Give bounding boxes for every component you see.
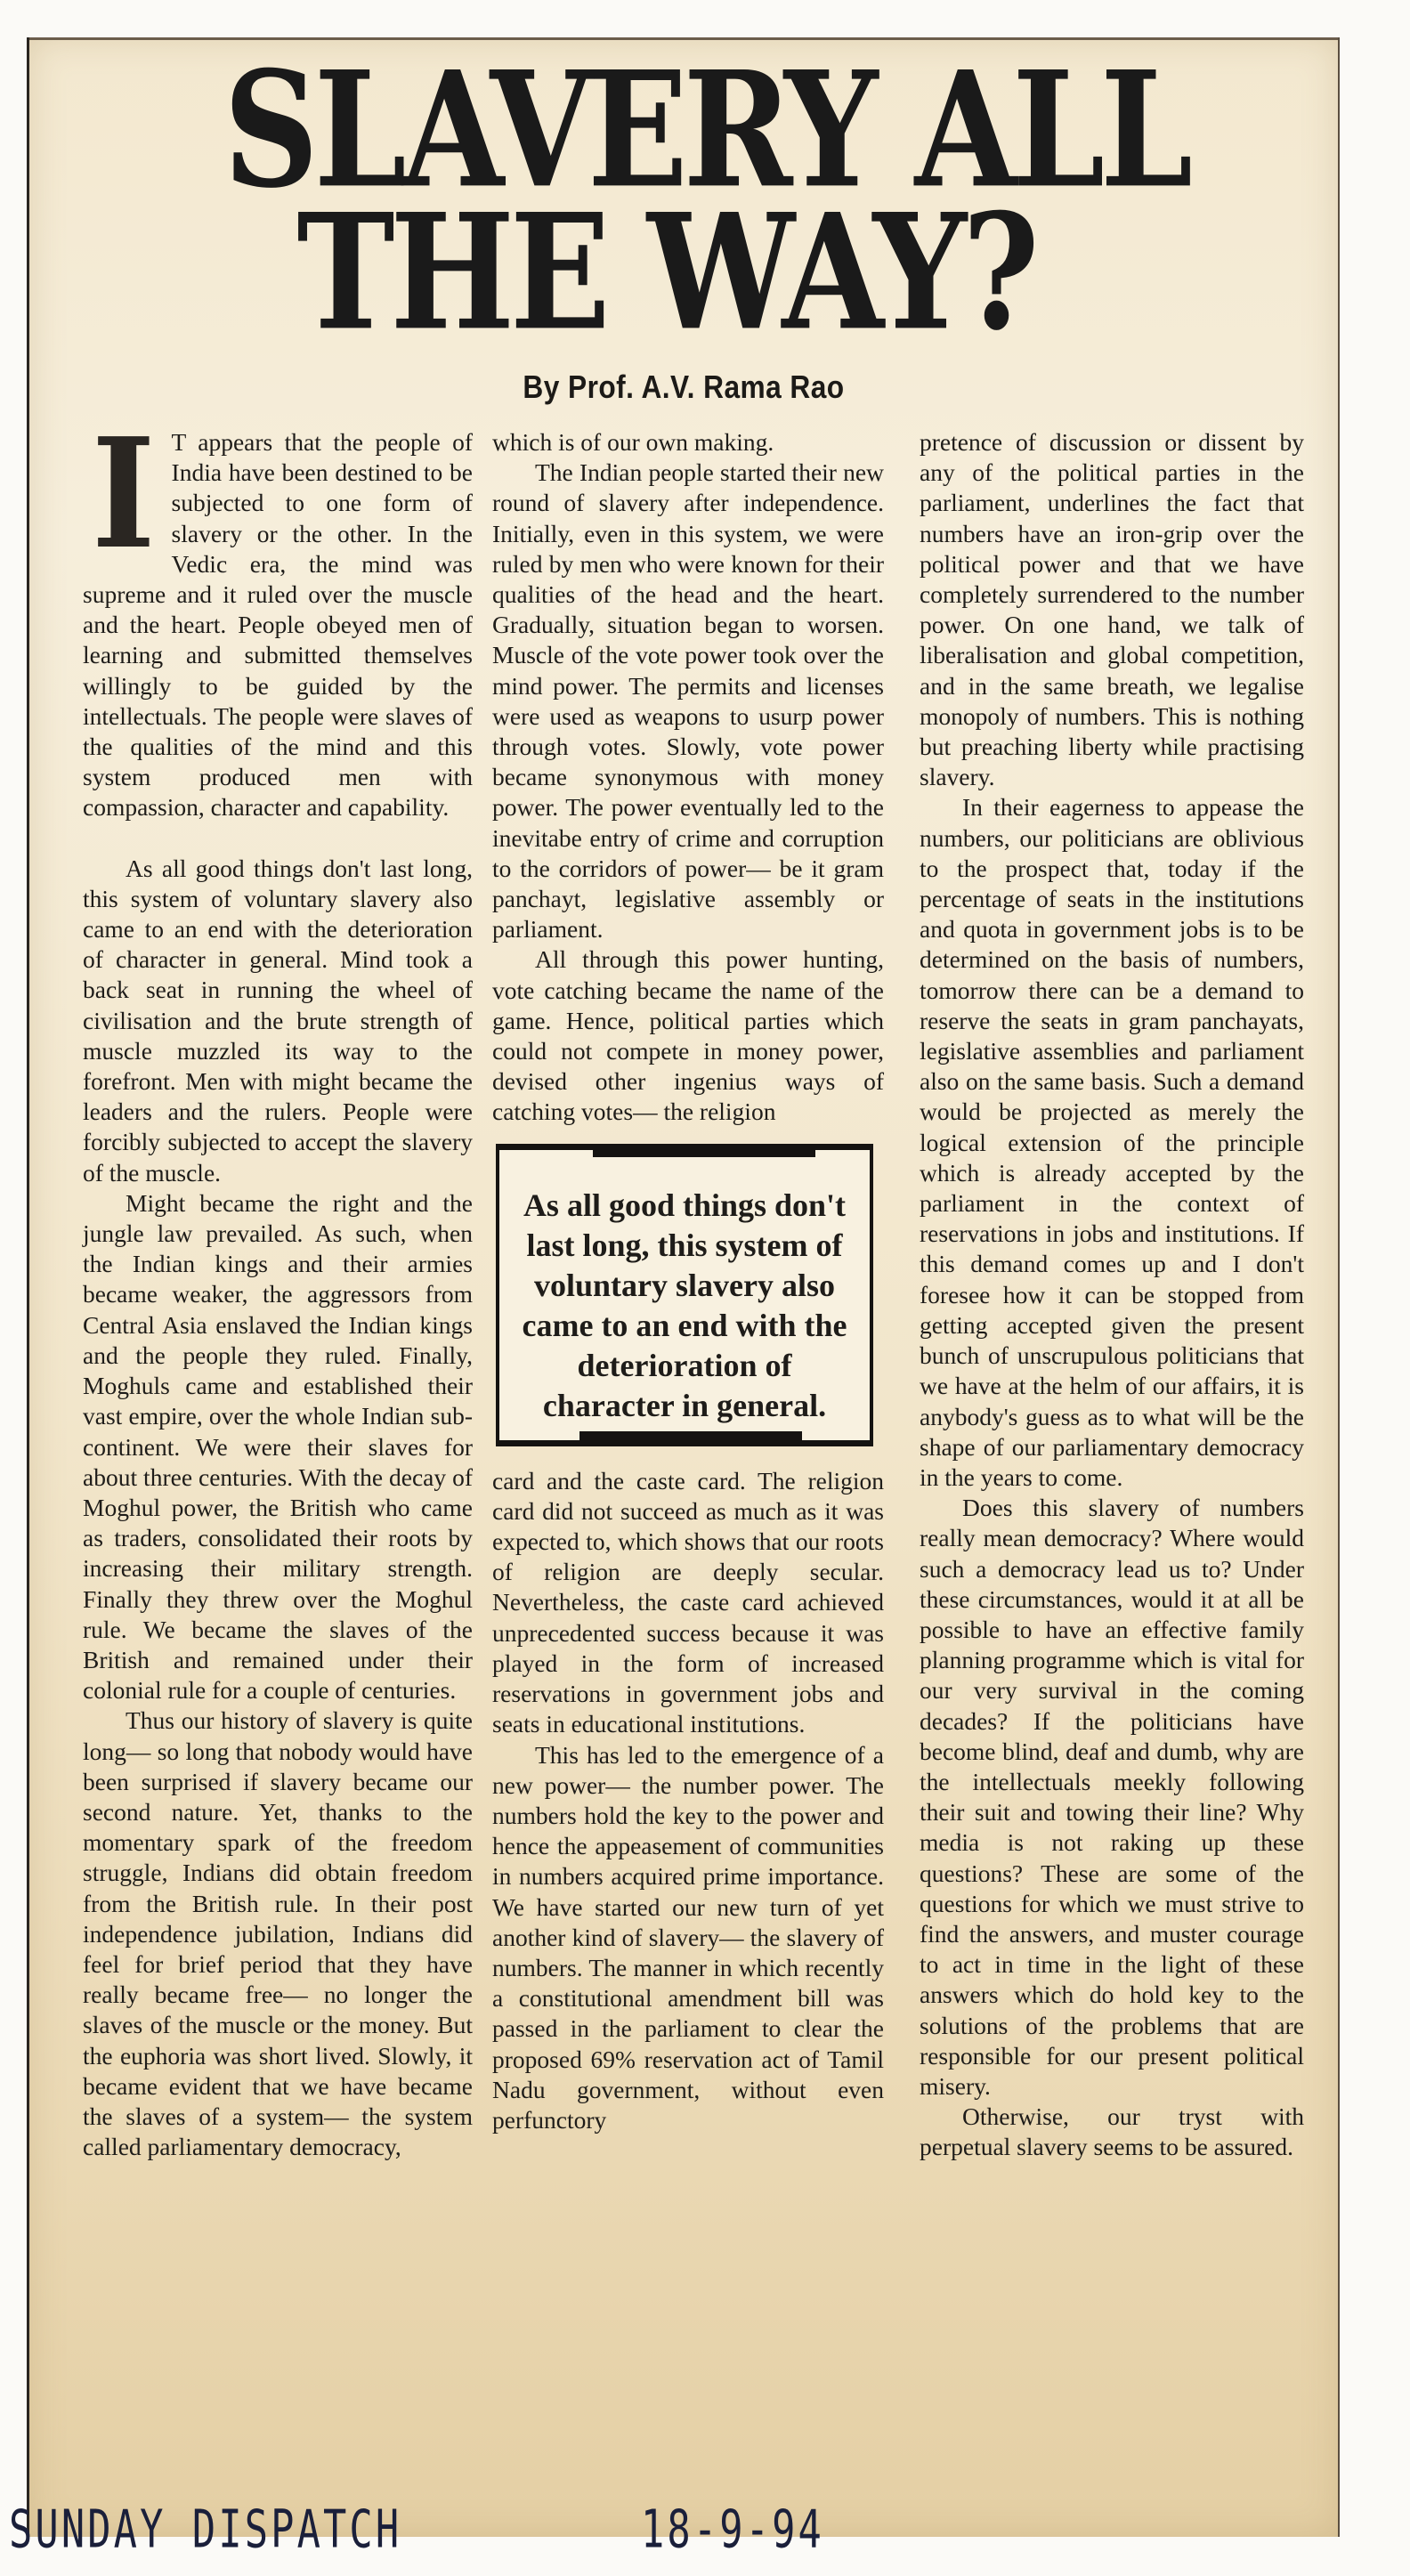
pull-quote-text: As all good things don't last long, this… (523, 1187, 847, 1423)
pull-quote-bottom-bar (579, 1431, 802, 1444)
paragraph: IT appears that the people of India have… (83, 427, 473, 823)
paragraph: Otherwise, our tryst with perpetual slav… (920, 2102, 1304, 2162)
column-3: pretence of discussion or dissent by any… (920, 427, 1304, 2163)
pull-quote: As all good things don't last long, this… (496, 1144, 873, 1446)
paragraph: As all good things don't last long, this… (83, 854, 473, 1188)
handwritten-source: SUNDAY DISPATCH (9, 2499, 401, 2560)
paragraph: The Indian people started their new roun… (492, 458, 884, 944)
pull-quote-top-bar (593, 1146, 815, 1157)
newspaper-clipping: SLAVERY ALL THE WAY? By Prof. A.V. Rama … (27, 37, 1340, 2537)
column-1: IT appears that the people of India have… (83, 427, 473, 2162)
byline: By Prof. A.V. Rama Rao (108, 369, 1260, 406)
paragraph: This has led to the emergence of a new p… (492, 1740, 884, 2136)
headline-line-2: THE WAY? (103, 193, 1228, 352)
paragraph: Might became the right and the jungle la… (83, 1188, 473, 1705)
column-2: which is of our own making. The Indian p… (492, 427, 884, 2135)
paragraph: In their eagerness to appease the number… (920, 792, 1304, 1493)
handwritten-date: 18-9-94 (641, 2499, 824, 2560)
paragraph: All through this power hunting, vote cat… (492, 944, 884, 1127)
paragraph: card and the caste card. The religion ca… (492, 1466, 884, 1740)
paragraph: pretence of discussion or dissent by any… (920, 427, 1304, 792)
drop-cap: I (92, 434, 156, 552)
paragraph: which is of our own making. (492, 427, 884, 458)
paragraph: Does this slavery of numbers really mean… (920, 1493, 1304, 2102)
paragraph: Thus our history of slavery is quite lon… (83, 1705, 473, 2162)
